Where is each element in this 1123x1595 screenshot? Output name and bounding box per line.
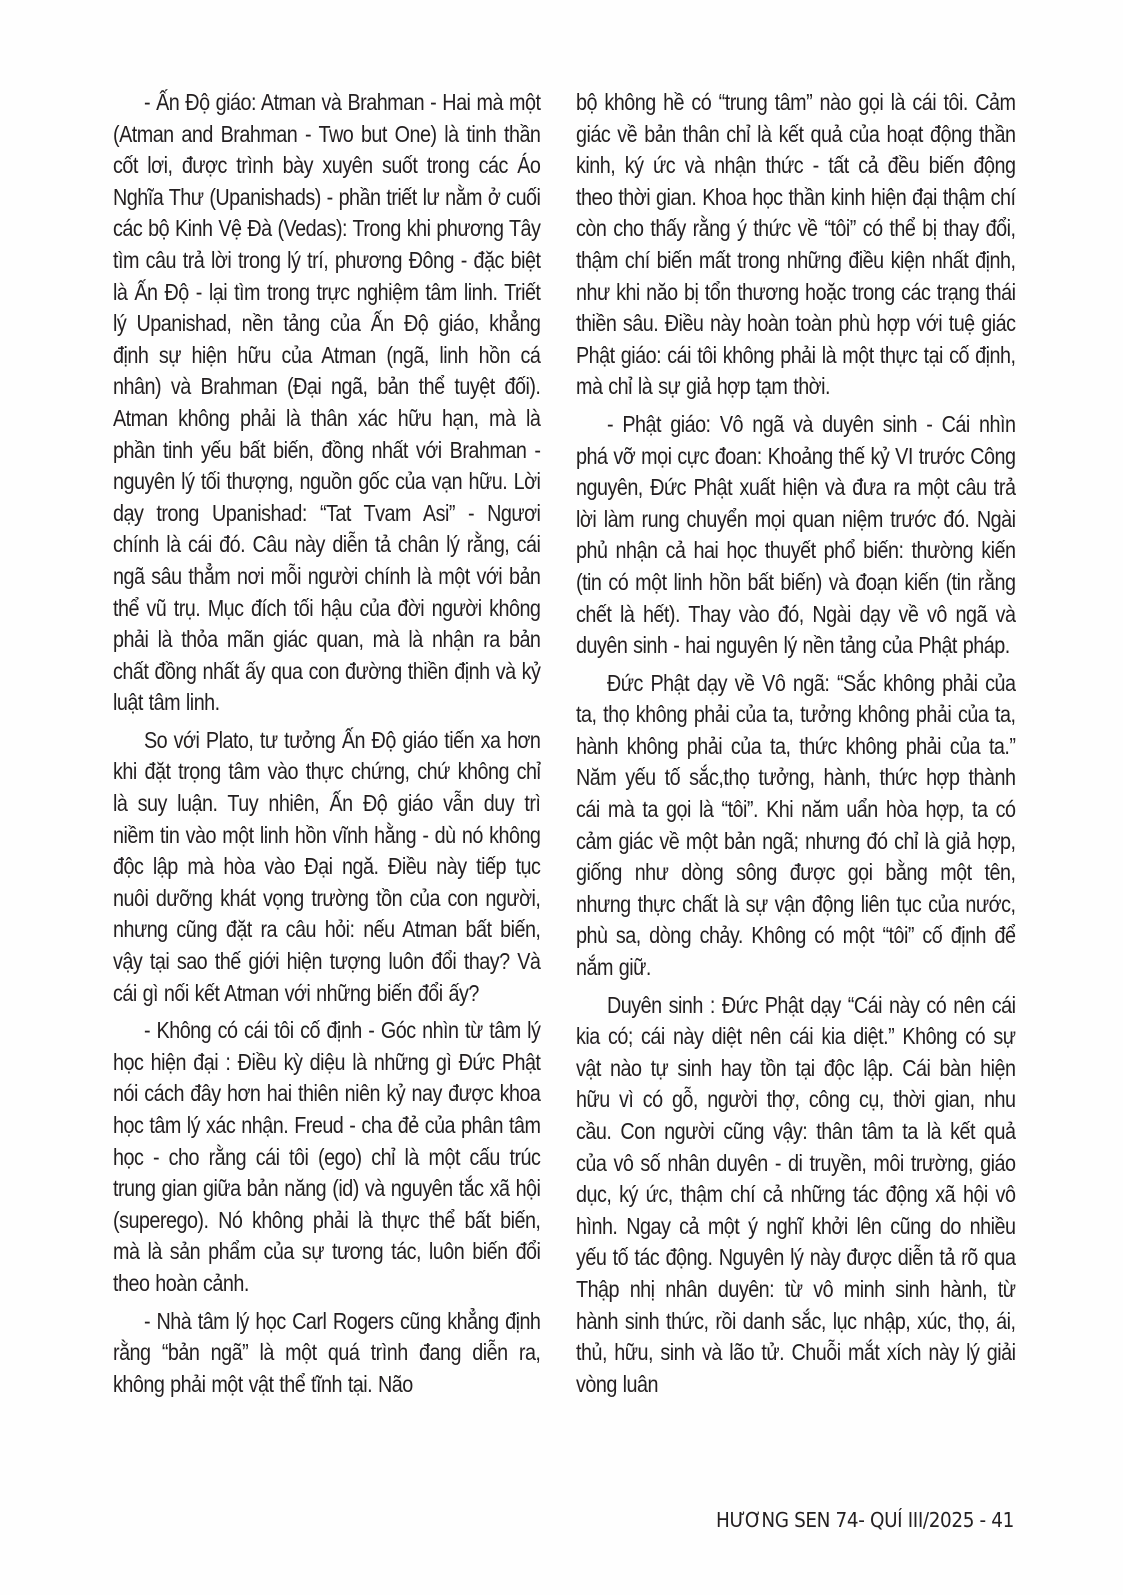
- paragraph-hindu-atman-brahman: - Ấn Độ giáo: Atman và Brahman - Hai mà …: [113, 87, 540, 719]
- paragraph-buddhism-anatta: - Phật giáo: Vô ngã và duyên sinh - Cái …: [576, 409, 1015, 662]
- paragraph-no-fixed-self-psychology: - Không có cái tôi cố định - Góc nhìn từ…: [113, 1015, 540, 1299]
- paragraph-plato-comparison: So với Plato, tư tưởng Ấn Độ giáo tiến x…: [113, 725, 540, 1009]
- paragraph-neuroscience-continuation: bộ không hề có “trung tâm” nào gọi là cá…: [576, 87, 1015, 403]
- paragraph-five-aggregates: Đức Phật dạy về Vô ngã: “Sắc không phải …: [576, 668, 1015, 984]
- magazine-page: - Ấn Độ giáo: Atman và Brahman - Hai mà …: [0, 0, 1123, 1595]
- left-text-column: - Ấn Độ giáo: Atman và Brahman - Hai mà …: [113, 87, 540, 1406]
- paragraph-dependent-origination: Duyên sinh : Đức Phật dạy “Cái này có nê…: [576, 990, 1015, 1401]
- paragraph-carl-rogers: - Nhà tâm lý học Carl Rogers cũng khẳng …: [113, 1306, 540, 1401]
- right-text-column: bộ không hề có “trung tâm” nào gọi là cá…: [576, 87, 1015, 1406]
- page-footer: HƯƠNG SEN 74- QUÍ III/2025 - 41: [716, 1508, 1014, 1532]
